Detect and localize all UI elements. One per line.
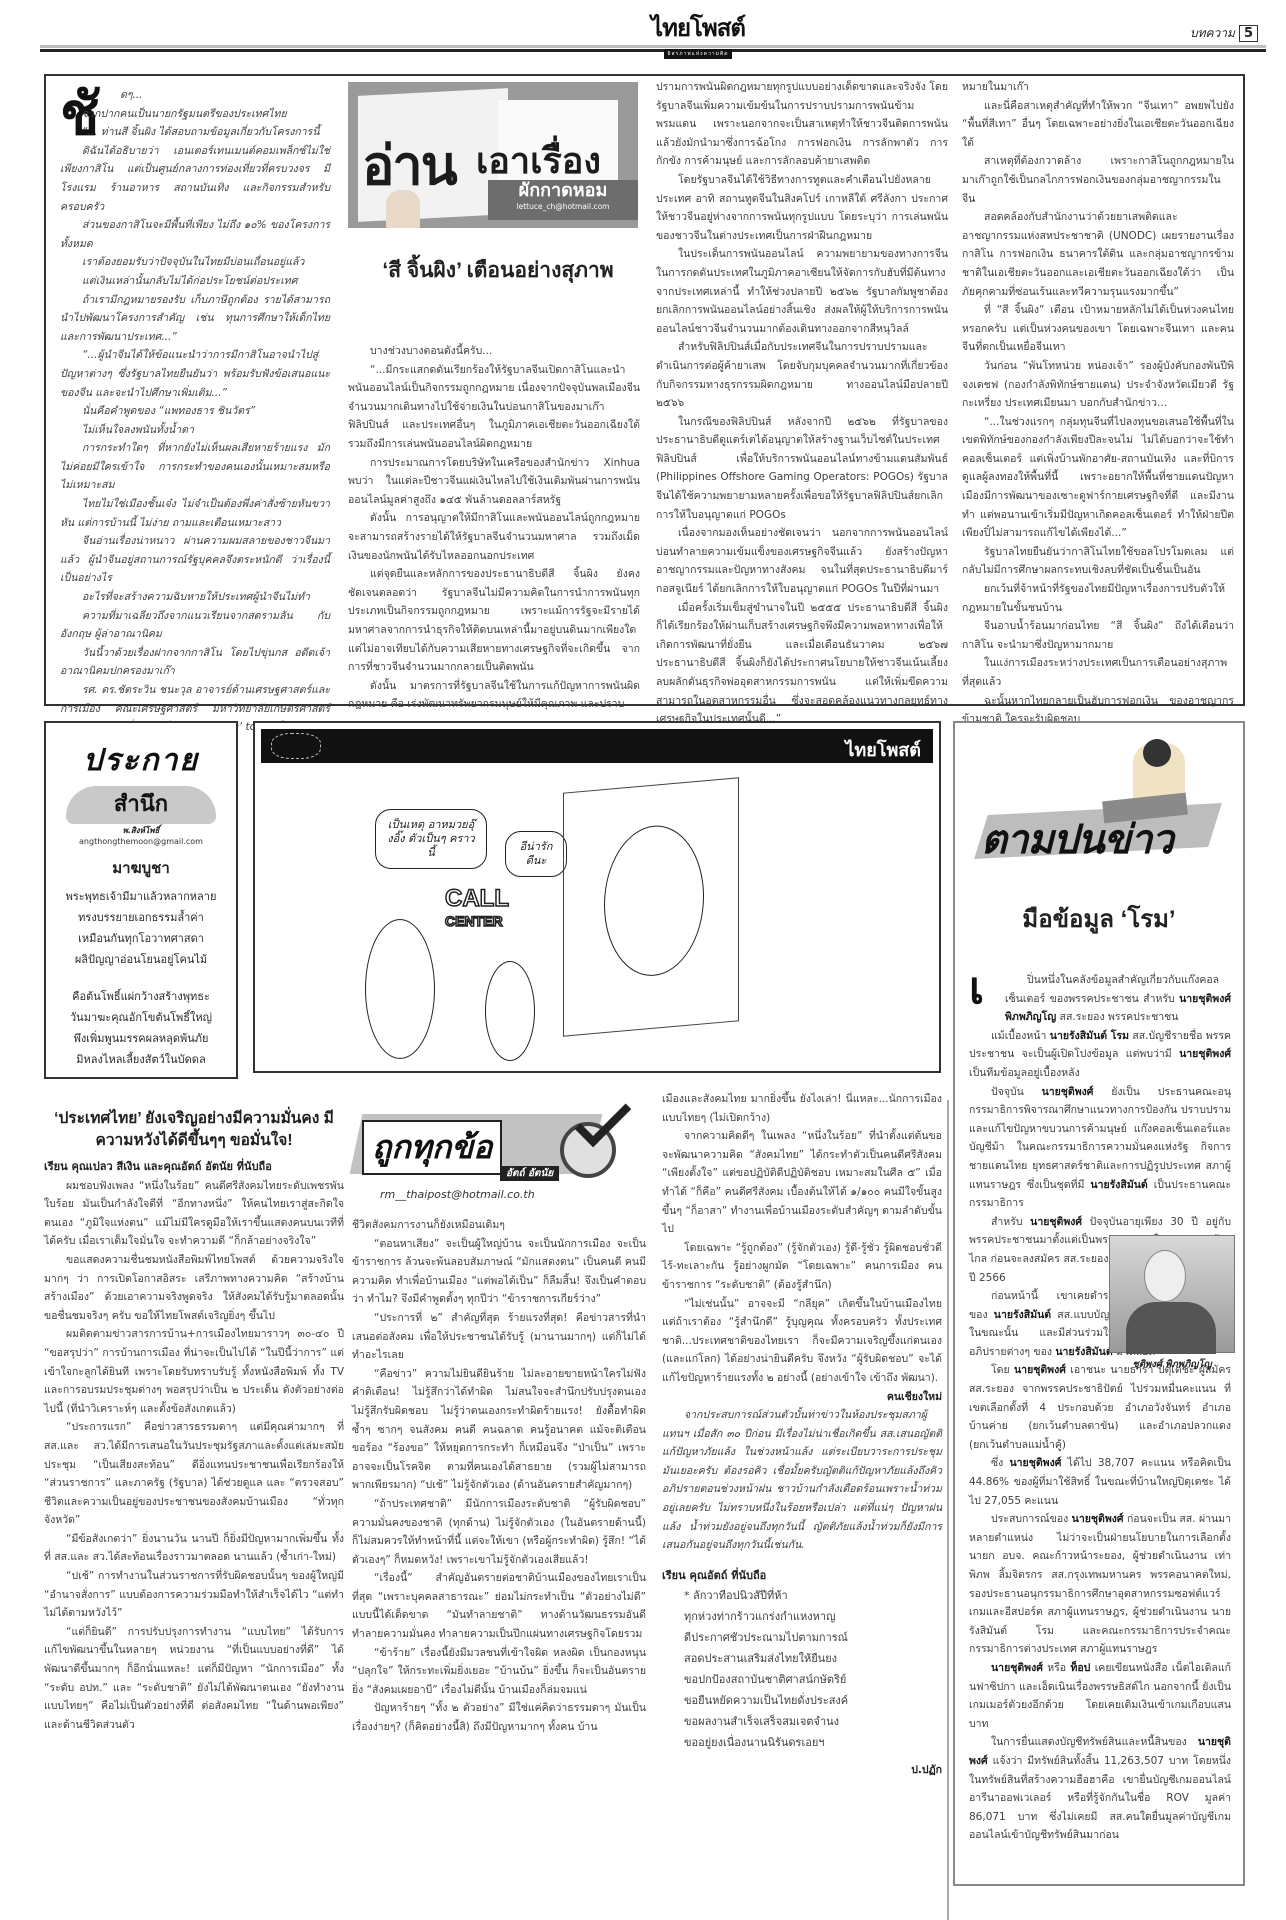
poem-logo-scroll: สำนึก [66, 786, 216, 824]
gossip-column-box: ตามปนข่าว มือข้อมูล ‘โรม’ เ ปิ่นหนึ่งในค… [953, 721, 1245, 1886]
poem-box: ประกาย สำนึก พ.สิงห์โพธิ์ angthongthemoo… [44, 721, 238, 1079]
verse-line: * ลักวาทีอปนิวสัปีที่ห้า [662, 1585, 942, 1606]
gossip-body: ปิ่นหนึ่งในคลังข้อมูลสำคัญเกี่ยวกับแก๊งค… [969, 971, 1231, 1845]
paragraph: ในกรณีของฟิลิปปินส์ หลังจากปี ๒๕๖๒ ที่รั… [656, 413, 948, 525]
paragraph: “ประการที่ ๒” สำคัญที่สุด ร้ายแรงที่สุด!… [352, 1309, 646, 1365]
poem-line: เหมือนกันทุกโอวาทศาสดา [46, 928, 236, 949]
paragraph: ถ้าเรามีกฎหมายรองรับ เก็บภาษีถูกต้อง ราย… [60, 291, 330, 347]
poem-title: มาฆบูชา [46, 856, 236, 880]
letter-signature: คนเชียงใหม่ [662, 1388, 942, 1407]
paragraph: ดังนั้น มาตรการที่รัฐบาลจีนใช้ในการแก้ปั… [348, 677, 640, 714]
paragraph: ปิ่นหนึ่งในคลังข้อมูลสำคัญเกี่ยวกับแก๊งค… [969, 971, 1231, 1027]
mascot-icon [271, 733, 321, 759]
poem-stanza-2: คือต้นโพธิ์แผ่กว้างสร้างพุทธะ วันมาฆะคุณ… [46, 986, 236, 1070]
paragraph: รัฐบาลไทยยืนยันว่ากาสิโนไทยใช้ขอลโปรโมตเ… [962, 543, 1234, 580]
paragraph: ดิฉันได้อธิบายว่า เอนเตอร์เทนเมนต์คอมเพล… [60, 142, 330, 216]
paragraph: ผมชอบฟังเพลง “หนึ่งในร้อย” คนดีศรีสังคมไ… [44, 1177, 344, 1251]
cartoon-figure-left [365, 919, 435, 1059]
paragraph: “แต่ก็ยินดี” การปรับปรุงการทำงาน “แบบไทย… [44, 1623, 344, 1735]
author-strip: ผักกาดหอม lettuce_ch@hotmail.com [488, 180, 638, 220]
letters-column-2: ชีวิตสังคมการงานก็ยังเหมือนเดิมๆ“ตอนหาเส… [352, 1216, 646, 1737]
poem-line: คือต้นโพธิ์แผ่กว้างสร้างพุทธะ [46, 986, 236, 1007]
poem-stanza-1: พระพุทธเจ้ามีมาแล้วหลากหลาย ทรงบรรยายเอก… [46, 886, 236, 970]
poem-line: วันมาฆะคุณอักโขต้นโพธิ์ใหญ่ [46, 1007, 236, 1028]
paragraph: ดๆ... [60, 86, 330, 105]
paragraph: แม้เบื้องหน้า นายรังสิมันต์ โรม สส.บัญชี… [969, 1027, 1231, 1083]
paragraph: “ไม่เช่นนั้น” อาจจะมี “กลียุค” เกิดขึ้นใ… [662, 1295, 942, 1388]
paragraph: ไม่เห็นใจลงพนันทั้งน้ำตา [60, 421, 330, 440]
masthead: ไทยโพสต์ อิสรภาพแห่งความคิด บทความ 5 [20, 0, 1266, 60]
author-name: ผักกาดหอม [488, 180, 638, 202]
logo-text: ไทยโพสต์ [638, 18, 758, 40]
paragraph: “...ในช่วงแรกๆ กลุ่มทุนจีนที่ไปลงทุนขอเส… [962, 413, 1234, 543]
letters-column-1: เรียน คุณเปลว สีเงิน และคุณอัตถ์ อัตนัย … [44, 1158, 344, 1734]
paragraph: จีนอาบน้ำร้อนมาก่อนไทย “สี จิ้นผิง” ถึงไ… [962, 617, 1234, 654]
paragraph: จีนอ่านเรื่องน่าหนาว ผ่านความผมสลายของชา… [60, 532, 330, 588]
verse-line: ทุกห่วงท่ากร้าวแกร่งกำแหงหาญ [662, 1606, 942, 1627]
poem-line: พระพุทธเจ้ามีมาแล้วหลากหลาย [46, 886, 236, 907]
column-anla-box: ชั ดๆ...จากปากคนเป็นนายกรัฐมนตรีของประเท… [44, 74, 1245, 706]
cartoon-brand: ไทยโพสต์ [845, 735, 921, 764]
gossip-title-text: ตามปนข่าว [981, 807, 1173, 871]
paragraph: “ข้าร้าย” เรื่องนี้ยังมีมวลชนที่เข้าใจผิ… [352, 1644, 646, 1700]
paragraph: แต่จุดยืนและหลักการของประธานาธิบดีสี จิ้… [348, 565, 640, 677]
paragraph: วันก่อน “พันโทหน่วย หน่องเจ้า” รองผู้บัง… [962, 357, 1234, 413]
paragraph: “... ท่านสี จิ้นผิง ได้สอบถามข้อมูลเกี่ย… [60, 123, 330, 142]
paragraph: “เรื่องนี้” สำคัญอันตรายต่อชาติบ้านเมือง… [352, 1569, 646, 1643]
paragraph: นั่นคือคำพูดของ “แพทองธาร ชินวัตร” [60, 402, 330, 421]
paragraph: “...ผู้นำจีนได้ให้ข้อแนะนำว่าการมีกาสิโน… [60, 346, 330, 402]
paragraph: ปรามการพนันผิดกฎหมายทุกรูปแบบอย่างเด็ดขา… [656, 78, 948, 171]
paragraph: ประสบการณ์ของ นายชุติพงศ์ ก่อนจะเป็น สส.… [969, 1510, 1231, 1659]
paragraph: เมื่อครั้งเริ่มเข็มสู่ขำนาจในปี ๒๕๕๕ ประ… [656, 599, 948, 729]
gossip-title-graphic: ตามปนข่าว [973, 737, 1229, 875]
paragraph: แต่เงินเหล่านั้นกลับไม่ได้ก่อประโยชน์ต่อ… [60, 272, 330, 291]
poster-figure [604, 821, 704, 980]
call-center-sign: CALL CENTER [445, 888, 509, 932]
column-logo-tuk-took-kor: ถูกทุกข้อ อัตถ์ อัตนัย rm__thaipost@hotm… [350, 1092, 650, 1202]
page-number: 5 [1239, 25, 1258, 42]
paragraph: จากประสบการณ์ส่วนตัวบั้นท่าข่าวในห้องประ… [662, 1406, 942, 1555]
paragraph: โดยเฉพาะ “รู้ถูกต้อง” (รู้จักตัวเอง) รู้… [662, 1239, 942, 1295]
poem-line: มิหลงไหลเลี้ยงสัตว์ในบัดดล [46, 1049, 236, 1070]
logo-tagline: อิสรภาพแห่งความคิด [664, 49, 733, 59]
paragraph: ในประเด็นการพนันออนไลน์ ความพยายามของทาง… [656, 245, 948, 338]
paragraph: สาเหตุที่ต้องกวาดล้าง เพราะกาสิโนถูกกฎหม… [962, 152, 1234, 208]
newspaper-logo[interactable]: ไทยโพสต์ อิสรภาพแห่งความคิด [638, 18, 758, 59]
verse-line: สอดประสานเสริมส่งไทยให้ยืนยง [662, 1648, 942, 1669]
paragraph: “ประการแรก” คือข่าวสารธรรมดาๆ แต่มีคุณค่… [44, 1418, 344, 1530]
paragraph: การประมาณการโดยบริษัทในเครือของสำนักข่าว… [348, 454, 640, 510]
paragraph: เนื่องจากมองเห็นอย่างชัดเจนว่า นอกจากการ… [656, 524, 948, 598]
sign-line-1: CALL [445, 885, 509, 912]
paragraph: วันนี้วาด้วยเรื่องฝากจากกาสิโน โดยไปขุ่น… [60, 644, 330, 681]
paragraph: หมายในมาเก๊า [962, 78, 1234, 97]
editorial-cartoon: ไทยโพสต์ เป็นเหตุ อาหมวยอุ๊งอิ๊ง ตัวเป็น… [253, 721, 941, 1073]
banner-title-big: อ่าน [362, 122, 456, 208]
mp-photo [1109, 1235, 1235, 1353]
paragraph: “...มีกระแสกดดันเรียกร้องให้รัฐบาลจีนเปิ… [348, 361, 640, 454]
paragraph: ชีวิตสังคมการงานก็ยังเหมือนเดิมๆ [352, 1216, 646, 1235]
pen-name: พ.สิงห์โพธิ์ [46, 824, 236, 837]
cartoon-header-bar: ไทยโพสต์ [261, 729, 933, 763]
verse-line: ขออยู่ยงเนื่องนานนิรันดรเอยฯ [662, 1732, 942, 1753]
paragraph: “มีข้อสังเกตว่า” ยิ่งนานวัน นานปี ก็ยิ่ง… [44, 1530, 344, 1567]
letters-headline: ‘ประเทศไทย’ ยังเจริญอย่างมีความมั่นคง มี… [44, 1108, 344, 1152]
article-column-4: หมายในมาเก๊าและนี่คือสาเหตุสำคัญที่ทำให้… [962, 78, 1234, 747]
paragraph: การกระทำใดๆ ที่หากยังไม่เห็นผลเสียหายร้า… [60, 439, 330, 495]
paragraph: ส่วนของกาสิโนจะมีพื้นที่เพียง ไม่ถึง ๑๐%… [60, 216, 330, 253]
paragraph: ปัจจุบัน นายชุติพงศ์ ยังเป็น ประธานคณะอน… [969, 1083, 1231, 1213]
paragraph: สอดคล้องกับสำนักงานว่าด้วยยาเสพติดและอาช… [962, 208, 1234, 301]
paragraph: เมืองและสังคมไทย มากยิ่งขึ้น ยังไงเล่า! … [662, 1090, 942, 1127]
paragraph: ในการยื่นแสดงบัญชีทรัพย์สินและหนี้สินของ… [969, 1733, 1231, 1845]
logo-word: ถูกทุกข้อ [362, 1120, 502, 1175]
cartoon-poster [563, 777, 739, 1036]
article-column-1: ดๆ...จากปากคนเป็นนายกรัฐมนตรีของประเทศไท… [60, 86, 330, 737]
paragraph: จากปากคนเป็นนายกรัฐมนตรีของประเทศไทย [60, 105, 330, 124]
paragraph: “ปเช้” การทำงานในส่วนราชการที่รับผิดชอบน… [44, 1567, 344, 1623]
paragraph: นายชุติพงศ์ หรือ ท็อป เคยเขียนหนังสือ เน… [969, 1659, 1231, 1733]
paragraph: จากความคิดดีๆ ในเพลง “หนึ่งในร้อย” ที่นำ… [662, 1127, 942, 1239]
gossip-headline: มือข้อมูล ‘โรม’ [955, 899, 1243, 938]
verse-line: ดีประกาศชัวประณามไปตามการณ์ [662, 1627, 942, 1648]
author-email[interactable]: lettuce_ch@hotmail.com [488, 202, 638, 211]
speech-bubble-left: เป็นเหตุ อาหมวยอุ๊งอิ๊ง ตัวเป็นๆ คราวนี้ [375, 809, 487, 869]
paragraph: อะไรที่จะสร้างความฉิบหายให้ประเทศผู้นำจี… [60, 588, 330, 607]
column-email[interactable]: rm__thaipost@hotmail.co.th [380, 1188, 535, 1201]
paragraph: โดยรัฐบาลจีนได้ใช้วิธีทางการทูตและคำเตือ… [656, 171, 948, 245]
paragraph: “ตอนหาเสียง” จะเป็นผู้ใหญ่บ้าน จะเป็นนัก… [352, 1235, 646, 1309]
salutation: เรียน คุณอัตถ์ ที่นับถือ [662, 1567, 942, 1586]
article-column-2: บางช่วงบางตอนดังนี้ครับ...“...มีกระแสกดด… [348, 342, 640, 714]
article-column-3: ปรามการพนันผิดกฎหมายทุกรูปแบบอย่างเด็ดขา… [656, 78, 948, 747]
paragraph: ความที่มาเฉลียวถึงจากแนวเรียนจากสดรามลัน… [60, 607, 330, 644]
verse-line: ขอปกป้องสถาบันชาติศาสน์กษัตริย์ [662, 1669, 942, 1690]
paragraph: ยกเว้นที่จ้าหน้าที่รัฐของไทยมีปัญหาเรื่อ… [962, 580, 1234, 617]
salutation: เรียน คุณเปลว สีเงิน และคุณอัตถ์ อัตนัย … [44, 1158, 344, 1177]
paragraph: สำหรับฟิลิปปินส์เมื่อกับประเทศจีนในการปร… [656, 338, 948, 412]
cartoon-figure-right [485, 961, 535, 1061]
poem-line: พึงเพิ่มพูนมรรคผลหลุดพ้นภัย [46, 1028, 236, 1049]
verse-line: ขอผลงานสำเร็จเสร็จสมเจตจำนง [662, 1711, 942, 1732]
paragraph: เราต้องยอมรับว่าปัจจุบันในไทยมีบ่อนเถื่อ… [60, 253, 330, 272]
article-headline: ‘สี จิ้นผิง’ เตือนอย่างสุภาพ [348, 254, 648, 287]
letters-column-3: เมืองและสังคมไทย มากยิ่งขึ้น ยังไงเล่า! … [662, 1090, 942, 1780]
paragraph: โดย นายชุติพงศ์ เอาชนะ นายธารา ปิตุเตชะ … [969, 1361, 1231, 1454]
sign-line-2: CENTER [445, 910, 509, 932]
section-indicator: บทความ 5 [1190, 24, 1258, 43]
paragraph: ในแง่การเมืองระหว่างประเทศเป็นการเตือนอย… [962, 654, 1234, 691]
poem-logo-script: ประกาย [46, 737, 236, 784]
paragraph: ไทยไม่ใช่เมืองชั้นเจ๋ง ไม่จำเป็นต้องพึ่ง… [60, 495, 330, 532]
poem-line: ทรงบรรยายเอกธรรมล้ำค่า [46, 907, 236, 928]
logo-author: อัตถ์ อัตนัย [500, 1166, 559, 1181]
verse-line: ขอยืนหยัดความเป็นไทยดั่งประสงค์ [662, 1690, 942, 1711]
poem-email[interactable]: angthongthemoon@gmail.com [46, 837, 236, 846]
paragraph: ที่ “สี จิ้นผิง” เตือน เป้าหมายหลักไม่ได… [962, 301, 1234, 357]
speech-bubble-right: อีน่ารัก ดีนะ [505, 831, 567, 877]
paragraph: ขอแสดงความชื่นชมหนังสือพิมพ์ไทยโพสต์ ด้ว… [44, 1251, 344, 1325]
photo-caption: ชุติพงศ์ พิภพภิญโญ [1109, 1357, 1235, 1372]
paragraph: ผมติดตามข่าวสารการบ้าน+การเมืองไทยมาราวๆ… [44, 1325, 344, 1418]
paragraph: ปัญหาร้ายๆ “ทั้ง ๒ ตัวอย่าง” มีใช่แค่คิด… [352, 1699, 646, 1736]
paragraph: และนี่คือสาเหตุสำคัญที่ทำให้พวก “จีนเทา”… [962, 97, 1234, 153]
paragraph: บางช่วงบางตอนดังนี้ครับ... [348, 342, 640, 361]
paragraph: “คือข่าว” ความไม่ยินดียินร้าย ไม่ละอายขา… [352, 1365, 646, 1495]
paragraph: ซึ่ง นายชุติพงศ์ ได้ไป 38,707 คะแนน หรือ… [969, 1454, 1231, 1510]
section-label: บทความ [1190, 24, 1235, 43]
paragraph: “ถ้าประเทศชาติ” มีนักการเมืองระดับชาติ “… [352, 1495, 646, 1569]
paragraph: ดังนั้น การอนุญาตให้มีกาสิโนและพนันออนไล… [348, 509, 640, 565]
column-banner: อ่าน เอาเรื่อง ผักกาดหอม lettuce_ch@hotm… [348, 82, 638, 228]
poem-line: ผลิปัญญาอ่อนโยนอยู่โคนไม้ [46, 949, 236, 970]
column-divider [947, 1100, 949, 1920]
verse-signature: ป.ปฏัก [662, 1761, 942, 1780]
